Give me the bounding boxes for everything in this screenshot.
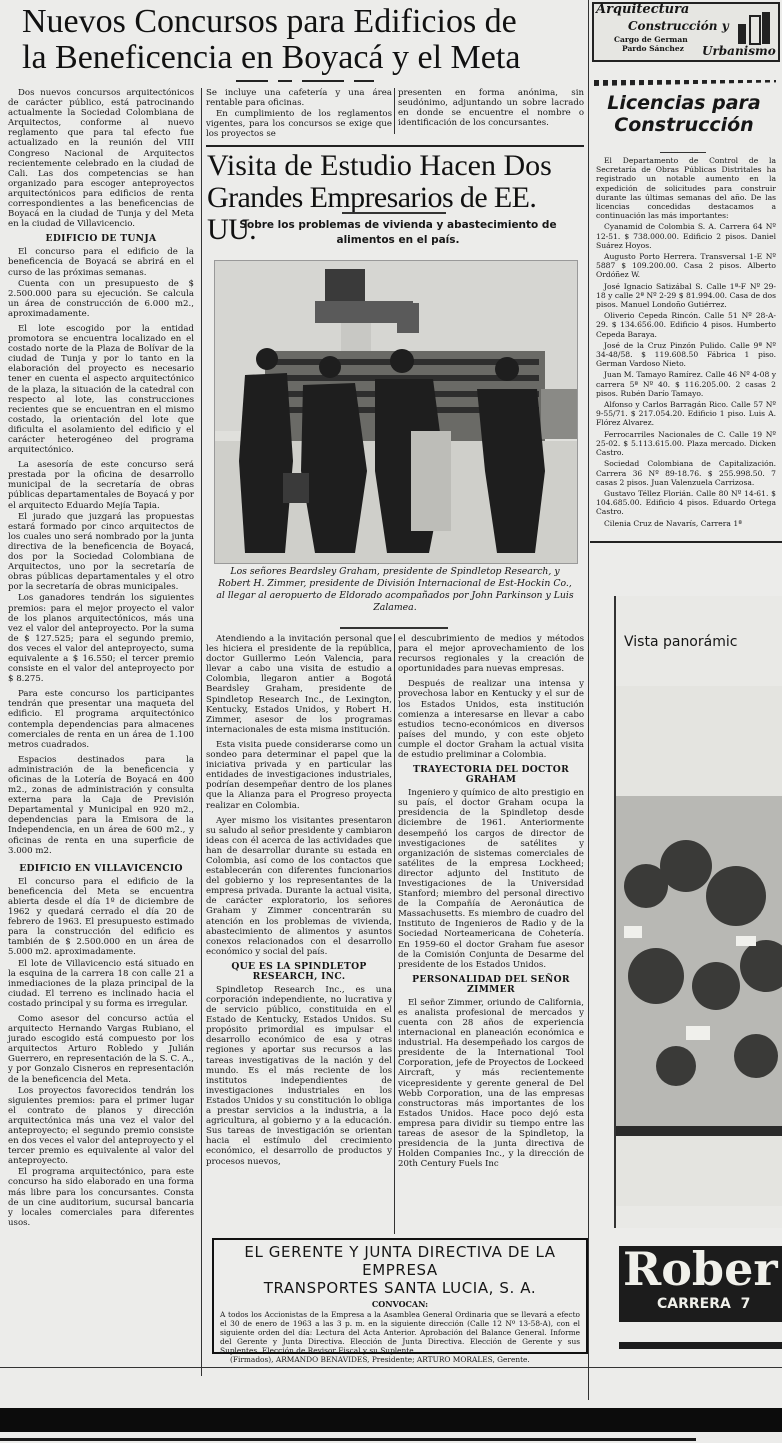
subhead-zimmer: PERSONALIDAD DEL SEÑOR ZIMMER [398,975,584,995]
paragraph: Como asesor del concurso actúa el arquit… [8,1014,194,1085]
article-1-headline: Nuevos Concursos para Edificios de la Be… [22,4,592,76]
notice-signed: (Firmados), ARMANDO BENAVIDES, President… [220,1355,580,1364]
license-entry: José Ignacio Satizábal S. Calle 1ª-F Nº … [596,282,776,310]
logo-byline-2: Pardo Sánchez [622,44,684,53]
logo-line-1: Arquitectura [596,2,689,17]
paragraph: presenten en forma anónima, sin seudónim… [398,88,584,128]
licencias-title-line-2: Construcción [592,114,776,136]
licencias-title-line-1: Licencias para [592,92,776,114]
article-1-column-1: Dos nuevos concursos arquitectónicos de … [8,88,194,1229]
panorama-ad: Vista panorámic [614,596,782,1228]
subhead-tunja: EDIFICIO DE TUNJA [8,234,194,244]
page-bottom-bar [0,1408,782,1432]
paragraph: Los ganadores tendrán los siguientes pre… [8,593,194,684]
headline-line-2: la Beneficencia en Boyacá y el Meta [22,40,592,76]
article-1-column-2: Se incluye una cafetería y una área rent… [206,88,392,140]
column-rule [201,88,202,1376]
license-entry: Juan M. Tamayo Ramírez. Calle 46 Nº 4-08… [596,370,776,398]
page-bottom-rule [0,1367,782,1368]
notice-transportes-santa-lucia: EL GERENTE Y JUNTA DIRECTIVA DE LA EMPRE… [212,1238,588,1354]
notice-title-line-1: EL GERENTE Y JUNTA DIRECTIVA DE LA EMPRE… [214,1243,586,1279]
section-divider [206,145,584,147]
roberts-ad-underbar [619,1342,782,1349]
title-underline [660,152,706,153]
notice-title: EL GERENTE Y JUNTA DIRECTIVA DE LA EMPRE… [214,1243,586,1297]
article-2-subtitle: Sobre los problemas de vivienda y abaste… [230,218,566,248]
paragraph: La asesoría de este concurso será presta… [8,460,194,510]
paragraph: Después de realizar una intensa y provec… [398,679,584,760]
paragraph: Esta visita puede considerarse como un s… [206,740,392,811]
paragraph: El señor Zimmer, oriundo de California, … [398,998,584,1170]
headline-divider [236,80,374,82]
paragraph: Cuenta con un presupuesto de $ 2.500.000… [8,279,194,319]
paragraph: El concurso para el edificio de la benef… [8,877,194,958]
subhead-spindletop: QUE ES LA SPINDLETOP RESEARCH, INC. [206,962,392,982]
headline-underline [342,212,446,214]
sidebar-rule [588,0,589,1400]
panorama-label: Vista panorámic [624,634,737,650]
license-entry: Ferrocarriles Nacionales de C. Calle 19 … [596,430,776,458]
subhead-graham: TRAYECTORIA DEL DOCTOR GRAHAM [398,765,584,785]
licencias-list: El Departamento de Control de la Secreta… [596,156,776,530]
intro-paragraph: Dos nuevos concursos arquitectónicos de … [8,88,194,229]
sidebar-logo: Arquitectura Construcción y Cargo de Ger… [592,2,780,62]
paragraph: El concurso para el edificio de la benef… [8,247,194,277]
paragraph: Atendiendo a la invitación personal que … [206,634,392,735]
paragraph: El programa arquitectónico, para este co… [8,1167,194,1228]
license-entry: José de la Cruz Pinzón Pulido. Calle 9ª … [596,341,776,369]
article-2-column-left: Atendiendo a la invitación personal que … [206,634,392,1168]
photo-visitors-at-airport [214,260,578,564]
logo-line-2: Construcción y [628,19,729,33]
paragraph: Los proyectos favorecidos tendrán los si… [8,1086,194,1167]
notice-text: A todos los Accionistas de la Empresa a … [220,1310,580,1355]
panorama-image [616,686,782,1206]
column-rule [394,634,395,1234]
license-entry: Alfonso y Carlos Barragán Rico. Calle 57… [596,400,776,428]
photo-image [215,261,577,563]
logo-byline-1: Cargo de German [614,35,688,44]
license-entry: Cilenia Cruz de Navarís, Carrera 1ª [596,519,776,528]
licencias-intro: El Departamento de Control de la Secreta… [596,156,776,220]
logo-line-3: Urbanismo [702,44,776,58]
paragraph: Spindletop Research Inc., es una corpora… [206,985,392,1167]
paragraph: En cumplimiento de los reglamentos vigen… [206,109,392,139]
roberts-ad-title: Rober [623,1246,778,1296]
license-entry: Augusto Porto Herrera. Transversal 1-E N… [596,252,776,280]
paragraph: El lote escogido por la entidad promotor… [8,324,194,455]
paragraph: el descubrimiento de medios y métodos pa… [398,634,584,674]
paragraph: Ingeniero y químico de alto prestigio en… [398,788,584,970]
notice-convocan: CONVOCAN: [220,1300,580,1309]
paragraph: Espacios destinados para la administraci… [8,755,194,856]
roberts-ad: Rober CARRERA 7 [619,1246,782,1322]
license-entry: Gustavo Téllez Florián. Calle 80 Nº 14-6… [596,489,776,517]
caption-divider [340,627,448,629]
notice-title-line-2: TRANSPORTES SANTA LUCIA, S. A. [214,1279,586,1297]
paragraph: Ayer mismo los visitantes presentaron su… [206,816,392,957]
page-bottom-line [0,1438,696,1441]
scalloped-border [594,80,776,86]
paragraph: El lote de Villavicencio está situado en… [8,959,194,1009]
building-icon [734,10,774,46]
photo-caption: Los señores Beardsley Graham, presidente… [214,566,576,614]
license-entry: Oliverio Cepeda Rincón. Calle 51 Nº 28-A… [596,311,776,339]
licencias-title: Licencias para Construcción [592,92,776,136]
column-rule [394,88,395,134]
paragraph: El jurado que juzgará las propuestas est… [8,512,194,593]
subhead-villavicencio: EDIFICIO EN VILLAVICENCIO [8,864,194,874]
article-2-column-right: el descubrimiento de medios y métodos pa… [398,634,584,1170]
paragraph: Para este concurso los participantes ten… [8,689,194,750]
sidebar-divider [590,541,782,543]
license-entry: Cyanamid de Colombia S. A. Carrera 64 Nº… [596,222,776,250]
headline-line-1: Nuevos Concursos para Edificios de [22,4,592,40]
license-entry: Sociedad Colombiana de Capitalización. C… [596,459,776,487]
article-1-column-3: presenten en forma anónima, sin seudónim… [398,88,584,129]
paragraph: Se incluye una cafetería y una área rent… [206,88,392,108]
notice-body: CONVOCAN: A todos los Accionistas de la … [214,1300,586,1364]
roberts-ad-address: CARRERA 7 [657,1296,750,1312]
headline-line-1: Visita de Estudio Hacen Dos [207,150,587,182]
